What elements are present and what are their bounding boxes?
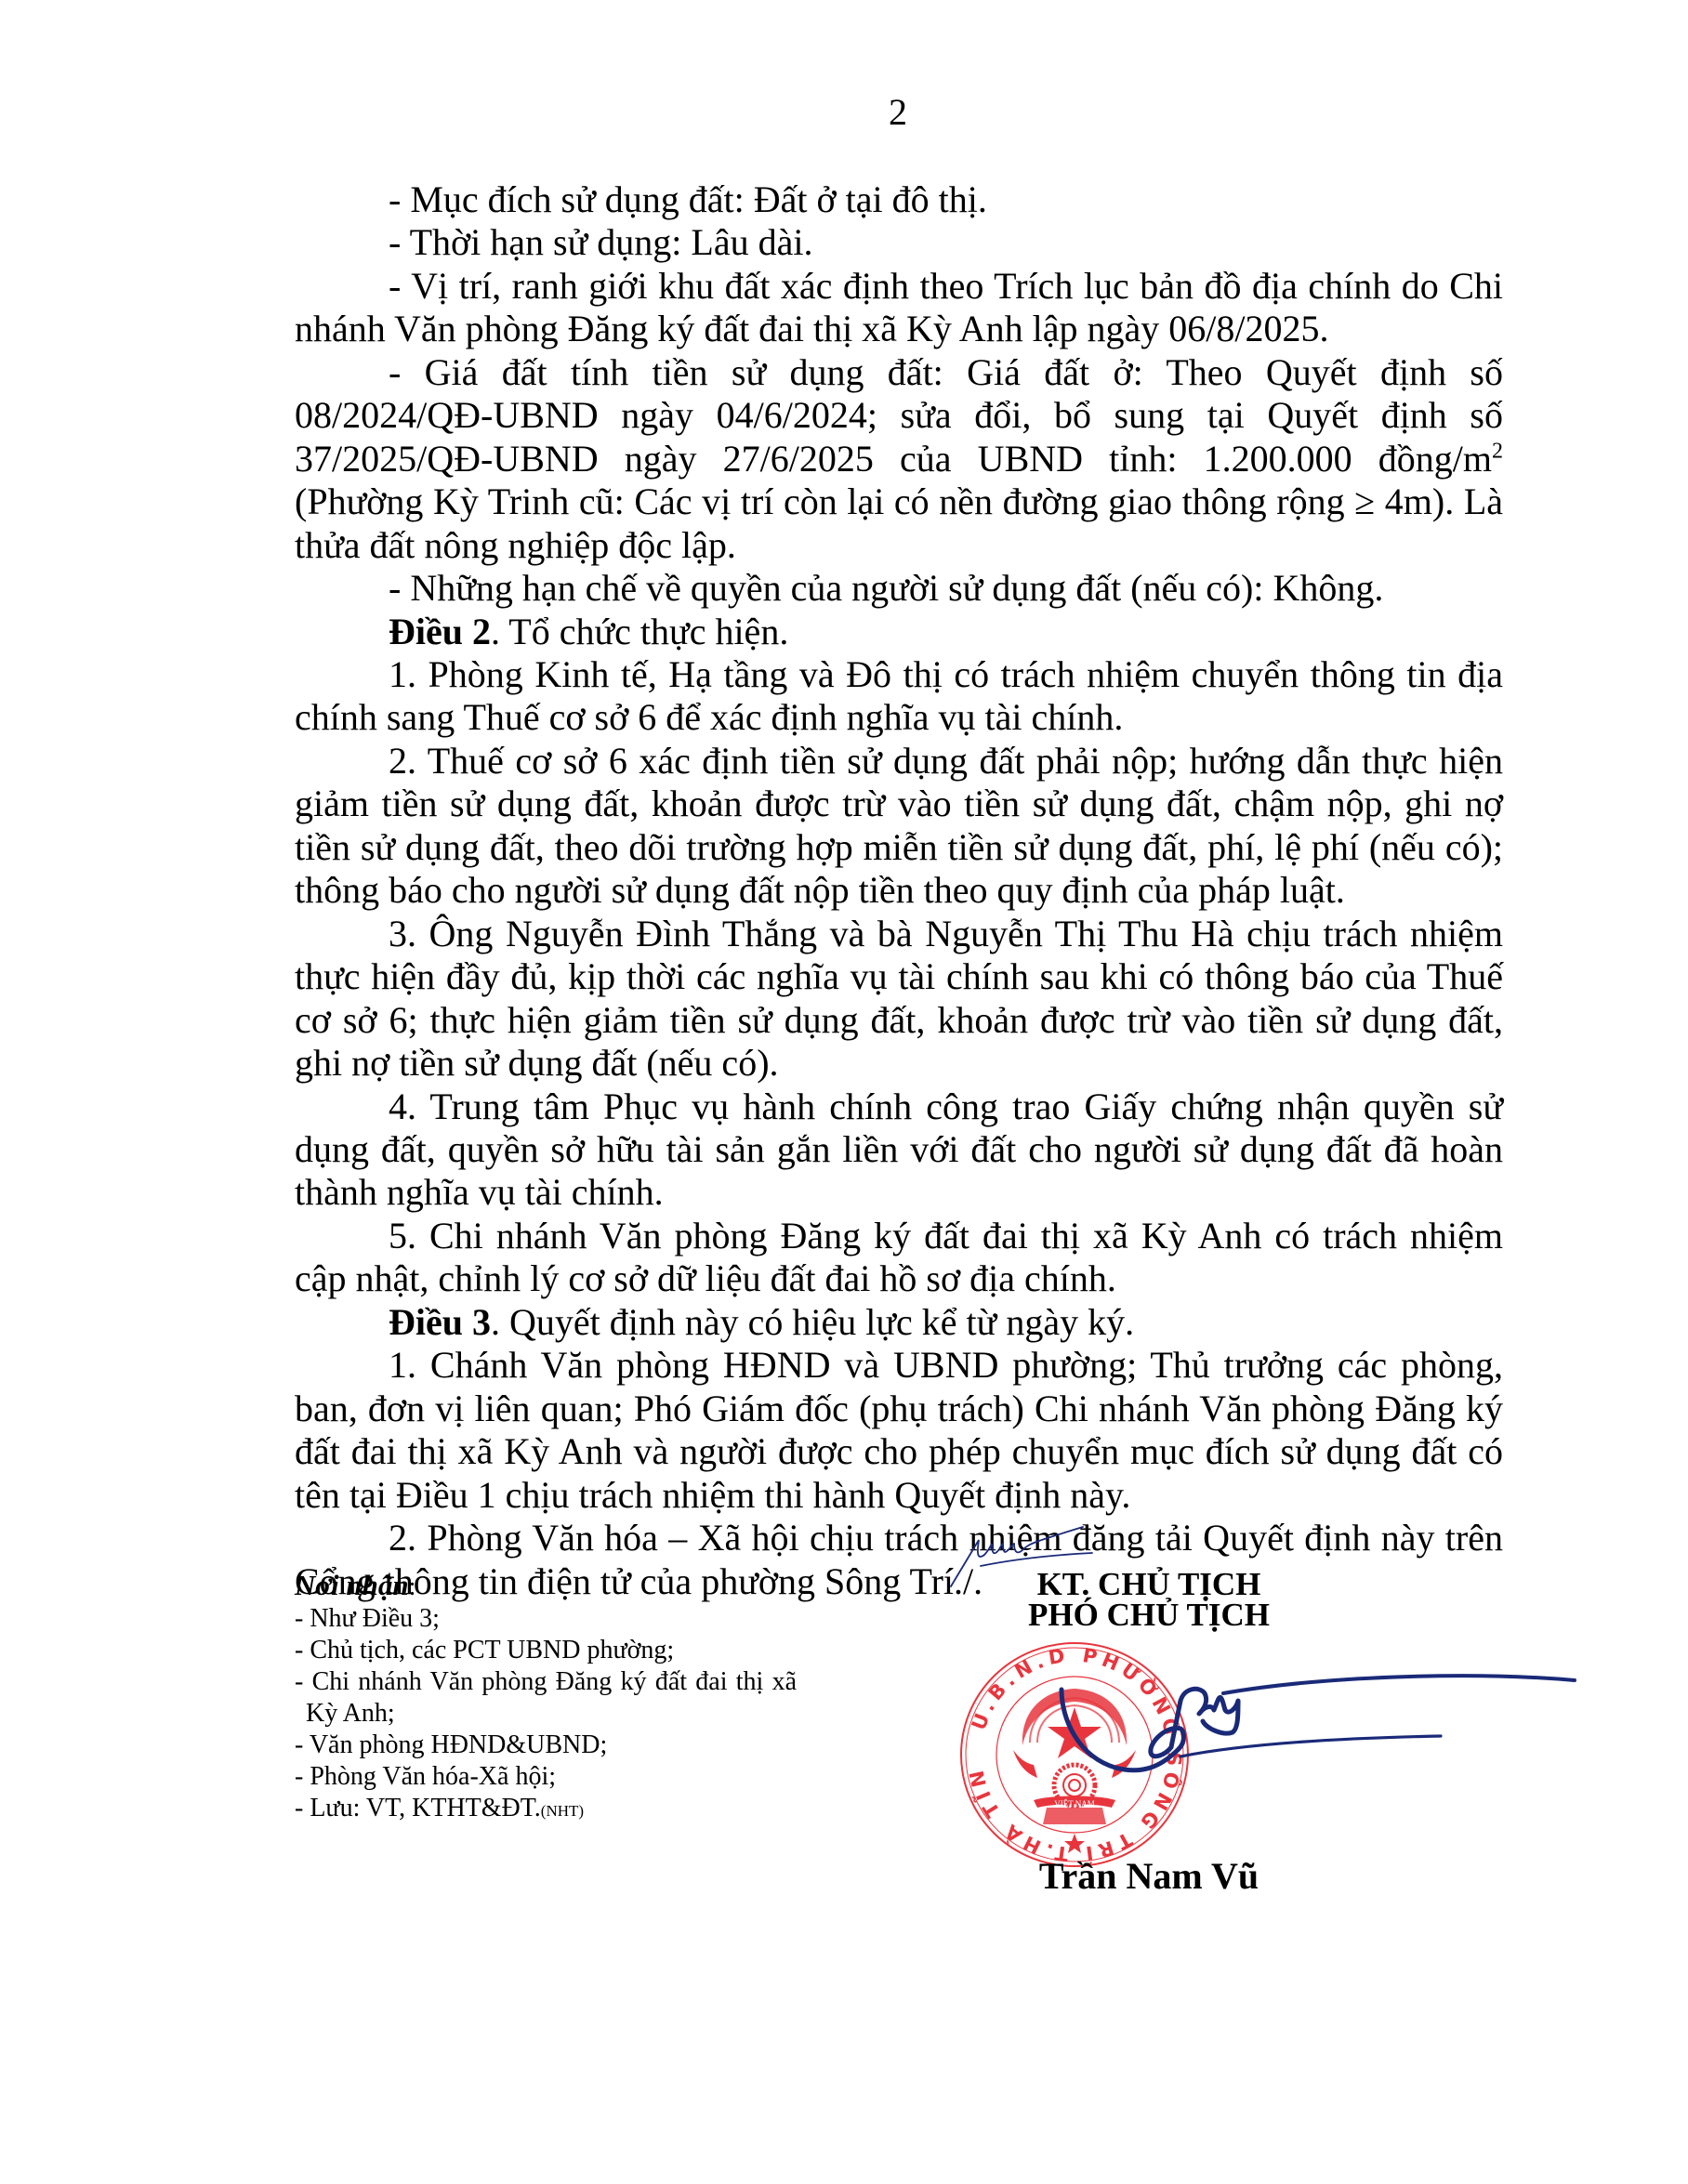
document-body: - Mục đích sử dụng đất: Đất ở tại đô thị… [295,178,1503,1603]
recipients-heading: Nơi nhận: [295,1569,797,1603]
recipients-title: Nơi nhận [295,1569,409,1601]
signature-title-block: KT. CHỦ TỊCH PHÓ CHỦ TỊCH [963,1569,1335,1630]
land-price-text-cont: (Phường Kỳ Trinh cũ: Các vị trí còn lại … [295,480,1503,565]
recipient-item: - Chủ tịch, các PCT UBND phường; [295,1635,797,1666]
handwritten-signature [1041,1664,1599,1868]
recipient-item-archive: - Lưu: VT, KTHT&ĐT.(NHT) [295,1793,797,1827]
archive-text: - Lưu: VT, KTHT&ĐT. [295,1794,541,1822]
article-3-title: . Quyết định này có hiệu lực kể từ ngày … [491,1301,1134,1343]
article-2-title: . Tổ chức thực hiện. [491,611,788,652]
article-3-heading: Điều 3. Quyết định này có hiệu lực kể từ… [295,1301,1503,1344]
article-3-label: Điều 3 [389,1301,491,1343]
signer-name: Trần Nam Vũ [963,1855,1335,1898]
article-2-item-3: 3. Ông Nguyễn Đình Thắng và bà Nguyễn Th… [295,913,1503,1085]
recipient-item: - Văn phòng HĐND&UBND; [295,1730,797,1761]
superscript: 2 [1492,439,1503,463]
recipient-item: - Như Điều 3; [295,1603,797,1635]
recipients-title-colon: : [409,1572,416,1601]
archive-note: (NHT) [541,1802,584,1820]
article-2-label: Điều 2 [389,611,491,652]
article-2-item-4: 4. Trung tâm Phục vụ hành chính công tra… [295,1085,1503,1215]
recipients-block: Nơi nhận: - Như Điều 3; - Chủ tịch, các … [295,1569,797,1827]
recipient-item: - Chi nhánh Văn phòng Đăng ký đất đai th… [295,1666,797,1730]
signer-authority: KT. CHỦ TỊCH [963,1569,1335,1599]
paragraph-restrictions: - Những hạn chế về quyền của người sử dụ… [295,567,1503,610]
paragraph-land-use-purpose: - Mục đích sử dụng đất: Đất ở tại đô thị… [295,178,1503,221]
article-2-heading: Điều 2. Tổ chức thực hiện. [295,611,1503,653]
article-2-item-1: 1. Phòng Kinh tế, Hạ tầng và Đô thị có t… [295,653,1503,740]
paragraph-land-use-term: - Thời hạn sử dụng: Lâu dài. [295,221,1503,264]
paragraph-land-price: - Giá đất tính tiền sử dụng đất: Giá đất… [295,351,1503,567]
land-price-text: - Giá đất tính tiền sử dụng đất: Giá đất… [295,351,1503,480]
article-2-item-2: 2. Thuế cơ sở 6 xác định tiền sử dụng đấ… [295,740,1503,913]
paragraph-land-location: - Vị trí, ranh giới khu đất xác định the… [295,265,1503,351]
recipient-item: - Phòng Văn hóa-Xã hội; [295,1761,797,1793]
article-2-item-5: 5. Chi nhánh Văn phòng Đăng ký đất đai t… [295,1215,1503,1301]
signer-position: PHÓ CHỦ TỊCH [963,1599,1335,1630]
article-3-item-1: 1. Chánh Văn phòng HĐND và UBND phường; … [295,1344,1503,1517]
page-number: 2 [0,91,1688,134]
